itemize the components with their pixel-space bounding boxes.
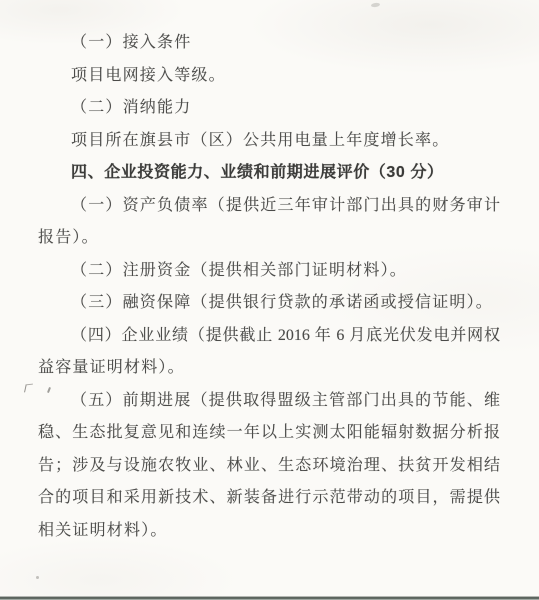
scan-bottom-edge (0, 595, 539, 600)
text-line-4: 项目所在旗县市（区）公共用电量上年度增长率。 (38, 125, 500, 158)
scanned-document-page: （一）接入条件项目电网接入等级。（二）消纳能力项目所在旗县市（区）公共用电量上年… (0, 0, 539, 600)
text-line-8: （二）注册资金（提供相关部门证明材料）。 (38, 255, 500, 288)
text-line-14: 告；涉及与设施农牧业、林业、生态环境治理、扶贫开发相结 (38, 450, 500, 483)
section-heading: 四、企业投资能力、业绩和前期进展评价（30 分） (38, 157, 500, 190)
text-line-6: （一）资产负债率（提供近三年审计部门出具的财务审计 (38, 190, 500, 223)
text-line-15: 合的项目和采用新技术、新装备进行示范带动的项目，需提供 (38, 482, 500, 515)
text-line-11: 益容量证明材料）。 (38, 352, 500, 385)
text-line-3: （二）消纳能力 (38, 92, 500, 125)
text-line-12: （五）前期进展（提供取得盟级主管部门出具的节能、维 (38, 385, 500, 418)
document-text-block: （一）接入条件项目电网接入等级。（二）消纳能力项目所在旗县市（区）公共用电量上年… (0, 0, 539, 547)
text-line-16: 相关证明材料）。 (38, 515, 500, 548)
text-line-1: （一）接入条件 (38, 27, 500, 60)
scan-dot-artifact (36, 576, 39, 579)
text-line-2: 项目电网接入等级。 (38, 60, 500, 93)
text-line-9: （三）融资保障（提供银行贷款的承诺函或授信证明）。 (38, 287, 500, 320)
text-line-13: 稳、生态批复意见和连续一年以上实测太阳能辐射数据分析报 (38, 417, 500, 450)
text-line-7: 报告）。 (38, 222, 500, 255)
text-line-10: （四）企业业绩（提供截止 2016 年 6 月底光伏发电并网权 (38, 320, 500, 353)
